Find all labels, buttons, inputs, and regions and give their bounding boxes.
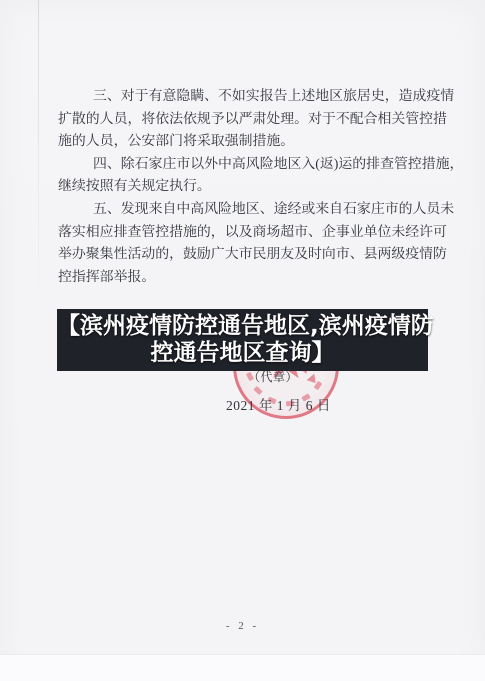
paper-edge <box>0 654 485 681</box>
document-body: 三、对于有意隐瞒、不如实报告上述地区旅居史，造成疫情 扩散的人员，将依法依规予以… <box>58 86 436 289</box>
banner-title-line: 【滨州疫情防控通告地区,滨州疫情防 <box>57 313 428 340</box>
document-page: 三、对于有意隐瞒、不如实报告上述地区旅居史，造成疫情 扩散的人员，将依法依规予以… <box>0 0 485 681</box>
body-line: 扩散的人员，将依法依规予以严肃处理。对于不配合相关管控措 <box>58 109 436 132</box>
document-date: 2021 年 1 月 6 日 <box>226 394 331 414</box>
body-line: 四、除石家庄市以外中高风险地区入(返)运的排查管控措施， <box>58 154 436 177</box>
scan-artifact-line <box>38 0 39 330</box>
body-line: 举办聚集性活动的，鼓励广大市民朋友及时向市、县两级疫情防 <box>58 244 436 267</box>
page-number: - 2 - <box>0 620 485 632</box>
title-banner: 【滨州疫情防控通告地区,滨州疫情防 控通告地区查询】 <box>57 309 428 371</box>
body-line: 控指挥部举报。 <box>58 267 436 290</box>
body-line: 五、发现来自中高风险地区、途经或来自石家庄市的人员未 <box>58 199 436 222</box>
body-line: 继续按照有关规定执行。 <box>58 176 436 199</box>
body-line: 三、对于有意隐瞒、不如实报告上述地区旅居史，造成疫情 <box>58 86 436 109</box>
seal-note: （代章） <box>248 368 298 385</box>
banner-title-line: 控通告地区查询】 <box>57 340 428 367</box>
body-line: 落实相应排查管控措施的，以及商场超市、企事业单位未经许可 <box>58 222 436 245</box>
body-line: 施的人员，公安部门将采取强制措施。 <box>58 131 436 154</box>
